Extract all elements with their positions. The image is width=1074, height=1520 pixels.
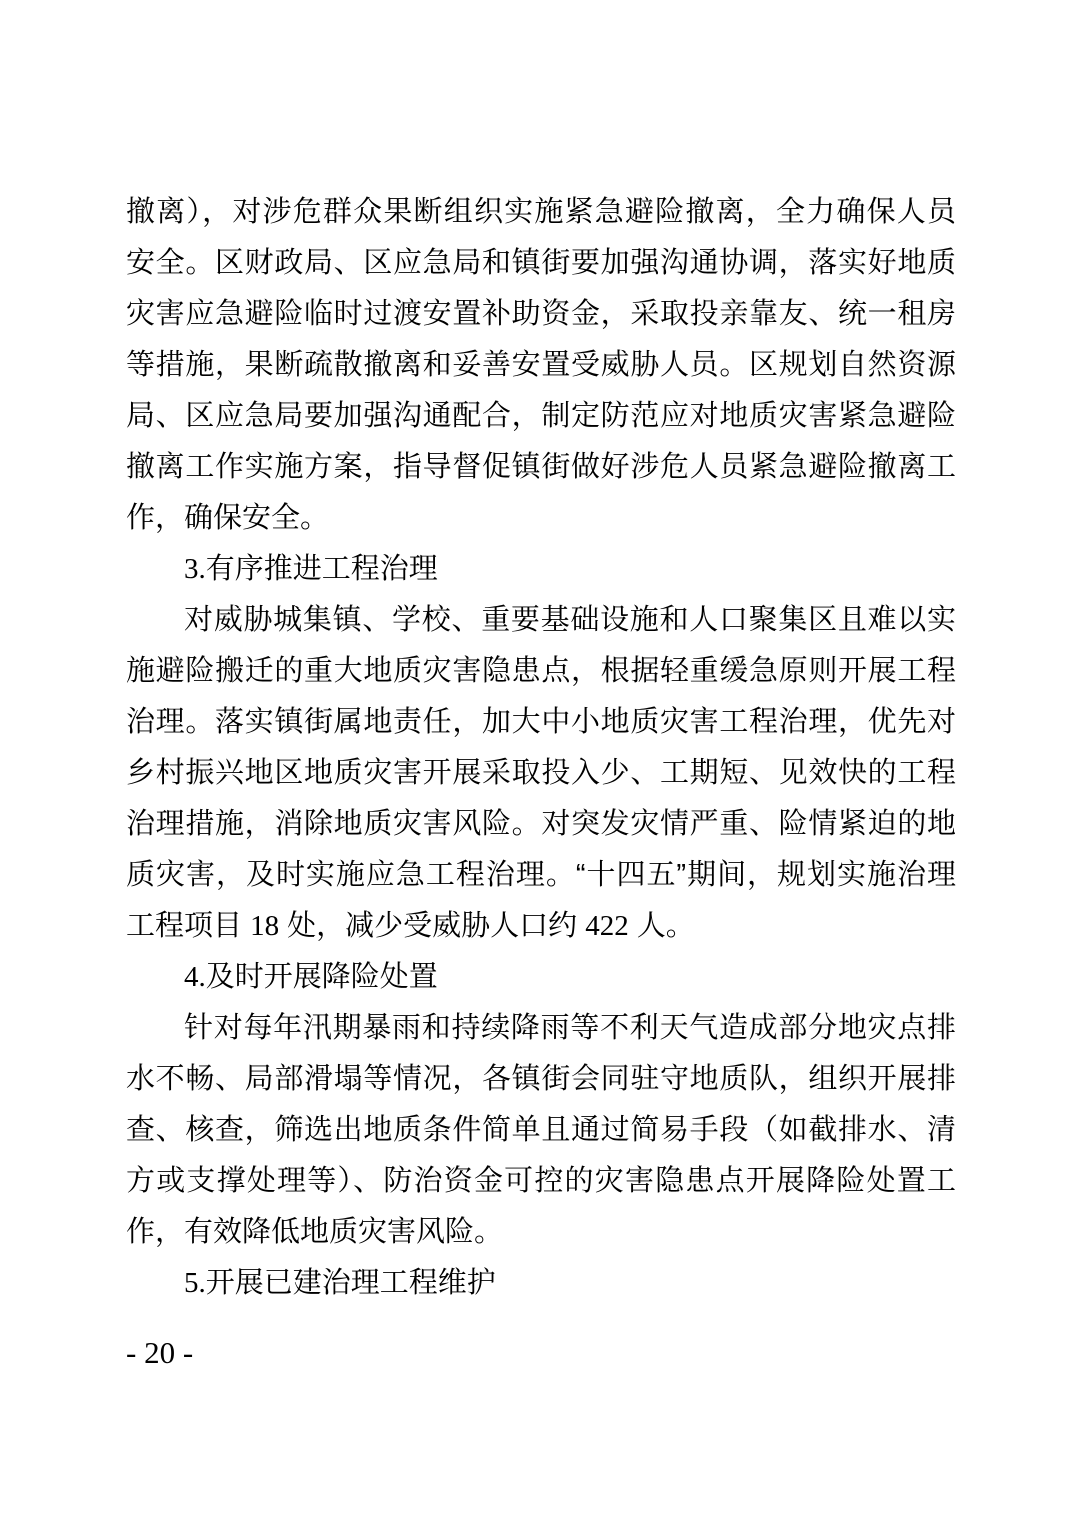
body-line: 安全。区财政局、区应急局和镇街要加强沟通协调，落实好地质 <box>126 238 956 289</box>
document-page: 撤离），对涉危群众果断组织实施紧急避险撤离，全力确保人员安全。区财政局、区应急局… <box>0 0 1074 1520</box>
body-line: 等措施，果断疏散撤离和妥善安置受威胁人员。区规划自然资源 <box>126 340 956 391</box>
body-line: 乡村振兴地区地质灾害开展采取投入少、工期短、见效快的工程 <box>126 748 956 799</box>
numeral: 422 <box>585 910 629 942</box>
body-line: 质灾害，及时实施应急工程治理。“十四五”期间，规划实施治理 <box>126 850 956 901</box>
body-line: 查、核查，筛选出地质条件简单且通过简易手段（如截排水、清 <box>126 1105 956 1156</box>
body-line: 针对每年汛期暴雨和持续降雨等不利天气造成部分地灾点排 <box>126 1003 956 1054</box>
section-heading: 5.开展已建治理工程维护 <box>126 1258 956 1309</box>
body-line: 水不畅、局部滑塌等情况，各镇街会同驻守地质队，组织开展排 <box>126 1054 956 1105</box>
body-line: 局、区应急局要加强沟通配合，制定防范应对地质灾害紧急避险 <box>126 391 956 442</box>
body-line: 方或支撑处理等）、防治资金可控的灾害隐患点开展降险处置工 <box>126 1156 956 1207</box>
body-line: 作，确保安全。 <box>126 493 956 544</box>
body-line: 工程项目 18 处，减少受威胁人口约 422 人。 <box>126 901 956 952</box>
body-line: 治理措施，消除地质灾害风险。对突发灾情严重、险情紧迫的地 <box>126 799 956 850</box>
body-line: 作，有效降低地质灾害风险。 <box>126 1207 956 1258</box>
section-heading: 4.及时开展降险处置 <box>126 952 956 1003</box>
document-body: 撤离），对涉危群众果断组织实施紧急避险撤离，全力确保人员安全。区财政局、区应急局… <box>126 187 956 1309</box>
page-number: - 20 - <box>126 1334 193 1372</box>
body-line: 对威胁城集镇、学校、重要基础设施和人口聚集区且难以实 <box>126 595 956 646</box>
numeral: 3. <box>184 553 206 585</box>
body-line: 撤离），对涉危群众果断组织实施紧急避险撤离，全力确保人员 <box>126 187 956 238</box>
numeral: 4. <box>184 961 206 993</box>
section-heading: 3.有序推进工程治理 <box>126 544 956 595</box>
body-line: 治理。落实镇街属地责任，加大中小地质灾害工程治理，优先对 <box>126 697 956 748</box>
body-line: 撤离工作实施方案，指导督促镇街做好涉危人员紧急避险撤离工 <box>126 442 956 493</box>
numeral: 18 <box>250 910 279 942</box>
numeral: 5. <box>184 1267 206 1299</box>
body-line: 施避险搬迁的重大地质灾害隐患点，根据轻重缓急原则开展工程 <box>126 646 956 697</box>
body-line: 灾害应急避险临时过渡安置补助资金，采取投亲靠友、统一租房 <box>126 289 956 340</box>
